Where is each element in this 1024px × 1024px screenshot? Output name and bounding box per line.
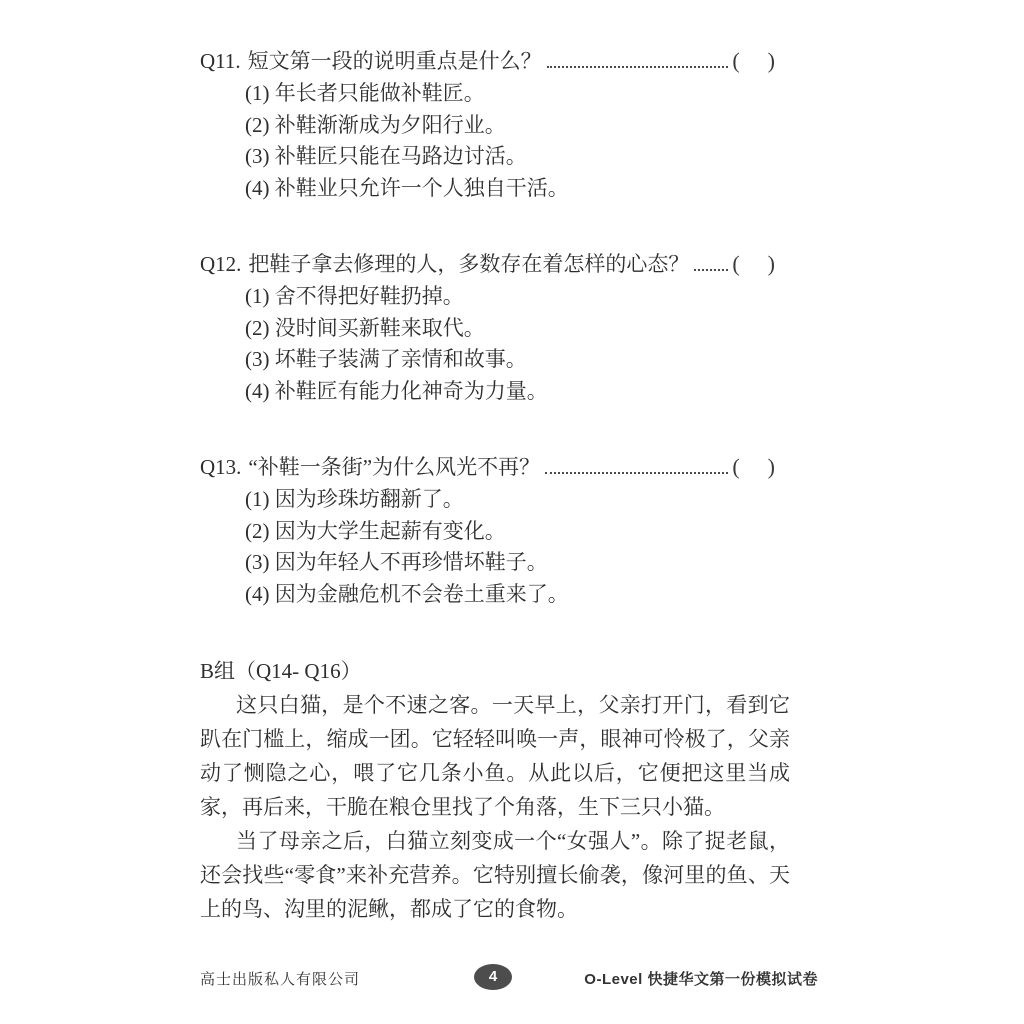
question-block-q13: Q13. “补鞋一条街”为什么风光不再？ ( ) (1) 因为珍珠坊翻新了。 (… [200,450,775,610]
options-list: (1) 舍不得把好鞋扔掉。 (2) 没时间买新鞋来取代。 (3) 坏鞋子装满了亲… [245,281,775,407]
section-b-block: B组（Q14- Q16） 这只白猫，是个不速之客。一天早上，父亲打开门，看到它趴… [200,654,790,926]
answer-bracket-close: ) [768,247,775,281]
options-list: (1) 因为珍珠坊翻新了。 (2) 因为大学生起薪有变化。 (3) 因为年轻人不… [245,484,775,610]
footer-exam-title: O-Level 快捷华文第一份模拟试卷 [584,968,818,989]
option-item: (1) 年长者只能做补鞋匠。 [245,78,775,110]
option-item: (4) 补鞋匠有能力化神奇为力量。 [245,376,775,408]
question-text: 短文第一段的说明重点是什么？ [248,44,542,78]
options-list: (1) 年长者只能做补鞋匠。 (2) 补鞋渐渐成为夕阳行业。 (3) 补鞋匠只能… [245,78,775,204]
question-number: Q13. [200,450,241,484]
answer-bracket-close: ) [768,44,775,78]
section-b-heading: B组（Q14- Q16） [200,654,790,688]
question-header: Q13. “补鞋一条街”为什么风光不再？ ( ) [200,450,775,484]
question-header: Q12. 把鞋子拿去修理的人，多数存在着怎样的心态？ ( ) [200,247,775,281]
passage-paragraph: 这只白猫，是个不速之客。一天早上，父亲打开门，看到它趴在门槛上，缩成一团。它轻轻… [200,688,790,824]
option-item: (2) 补鞋渐渐成为夕阳行业。 [245,110,775,142]
passage-paragraph: 当了母亲之后，白猫立刻变成一个“女强人”。除了捉老鼠，还会找些“零食”来补充营养… [200,824,790,926]
option-item: (3) 坏鞋子装满了亲情和故事。 [245,344,775,376]
dotted-leader [545,471,728,474]
footer-publisher: 高士出版私人有限公司 [200,968,360,989]
option-item: (2) 没时间买新鞋来取代。 [245,313,775,345]
option-item: (3) 补鞋匠只能在马路边讨活。 [245,141,775,173]
dotted-leader [694,268,728,271]
answer-bracket-open: ( [732,450,739,484]
option-item: (2) 因为大学生起薪有变化。 [245,516,775,548]
question-text: 把鞋子拿去修理的人，多数存在着怎样的心态？ [248,247,689,281]
option-item: (3) 因为年轻人不再珍惜坏鞋子。 [245,547,775,579]
exam-paper-page: Q11. 短文第一段的说明重点是什么？ ( ) (1) 年长者只能做补鞋匠。 (… [0,0,1024,1024]
option-item: (1) 因为珍珠坊翻新了。 [245,484,775,516]
answer-bracket-close: ) [768,450,775,484]
question-number: Q11. [200,44,241,78]
page-footer: 高士出版私人有限公司 4 O-Level 快捷华文第一份模拟试卷 [0,960,1024,994]
option-item: (4) 补鞋业只允许一个人独自干活。 [245,173,775,205]
page-number-badge: 4 [474,964,512,990]
question-header: Q11. 短文第一段的说明重点是什么？ ( ) [200,44,775,78]
answer-bracket-open: ( [732,44,739,78]
answer-bracket-open: ( [732,247,739,281]
option-item: (4) 因为金融危机不会卷土重来了。 [245,579,775,611]
question-block-q12: Q12. 把鞋子拿去修理的人，多数存在着怎样的心态？ ( ) (1) 舍不得把好… [200,247,775,407]
dotted-leader [547,65,729,68]
option-item: (1) 舍不得把好鞋扔掉。 [245,281,775,313]
page-content: Q11. 短文第一段的说明重点是什么？ ( ) (1) 年长者只能做补鞋匠。 (… [200,44,775,926]
question-number: Q12. [200,247,241,281]
question-text: “补鞋一条街”为什么风光不再？ [248,450,540,484]
question-block-q11: Q11. 短文第一段的说明重点是什么？ ( ) (1) 年长者只能做补鞋匠。 (… [200,44,775,204]
